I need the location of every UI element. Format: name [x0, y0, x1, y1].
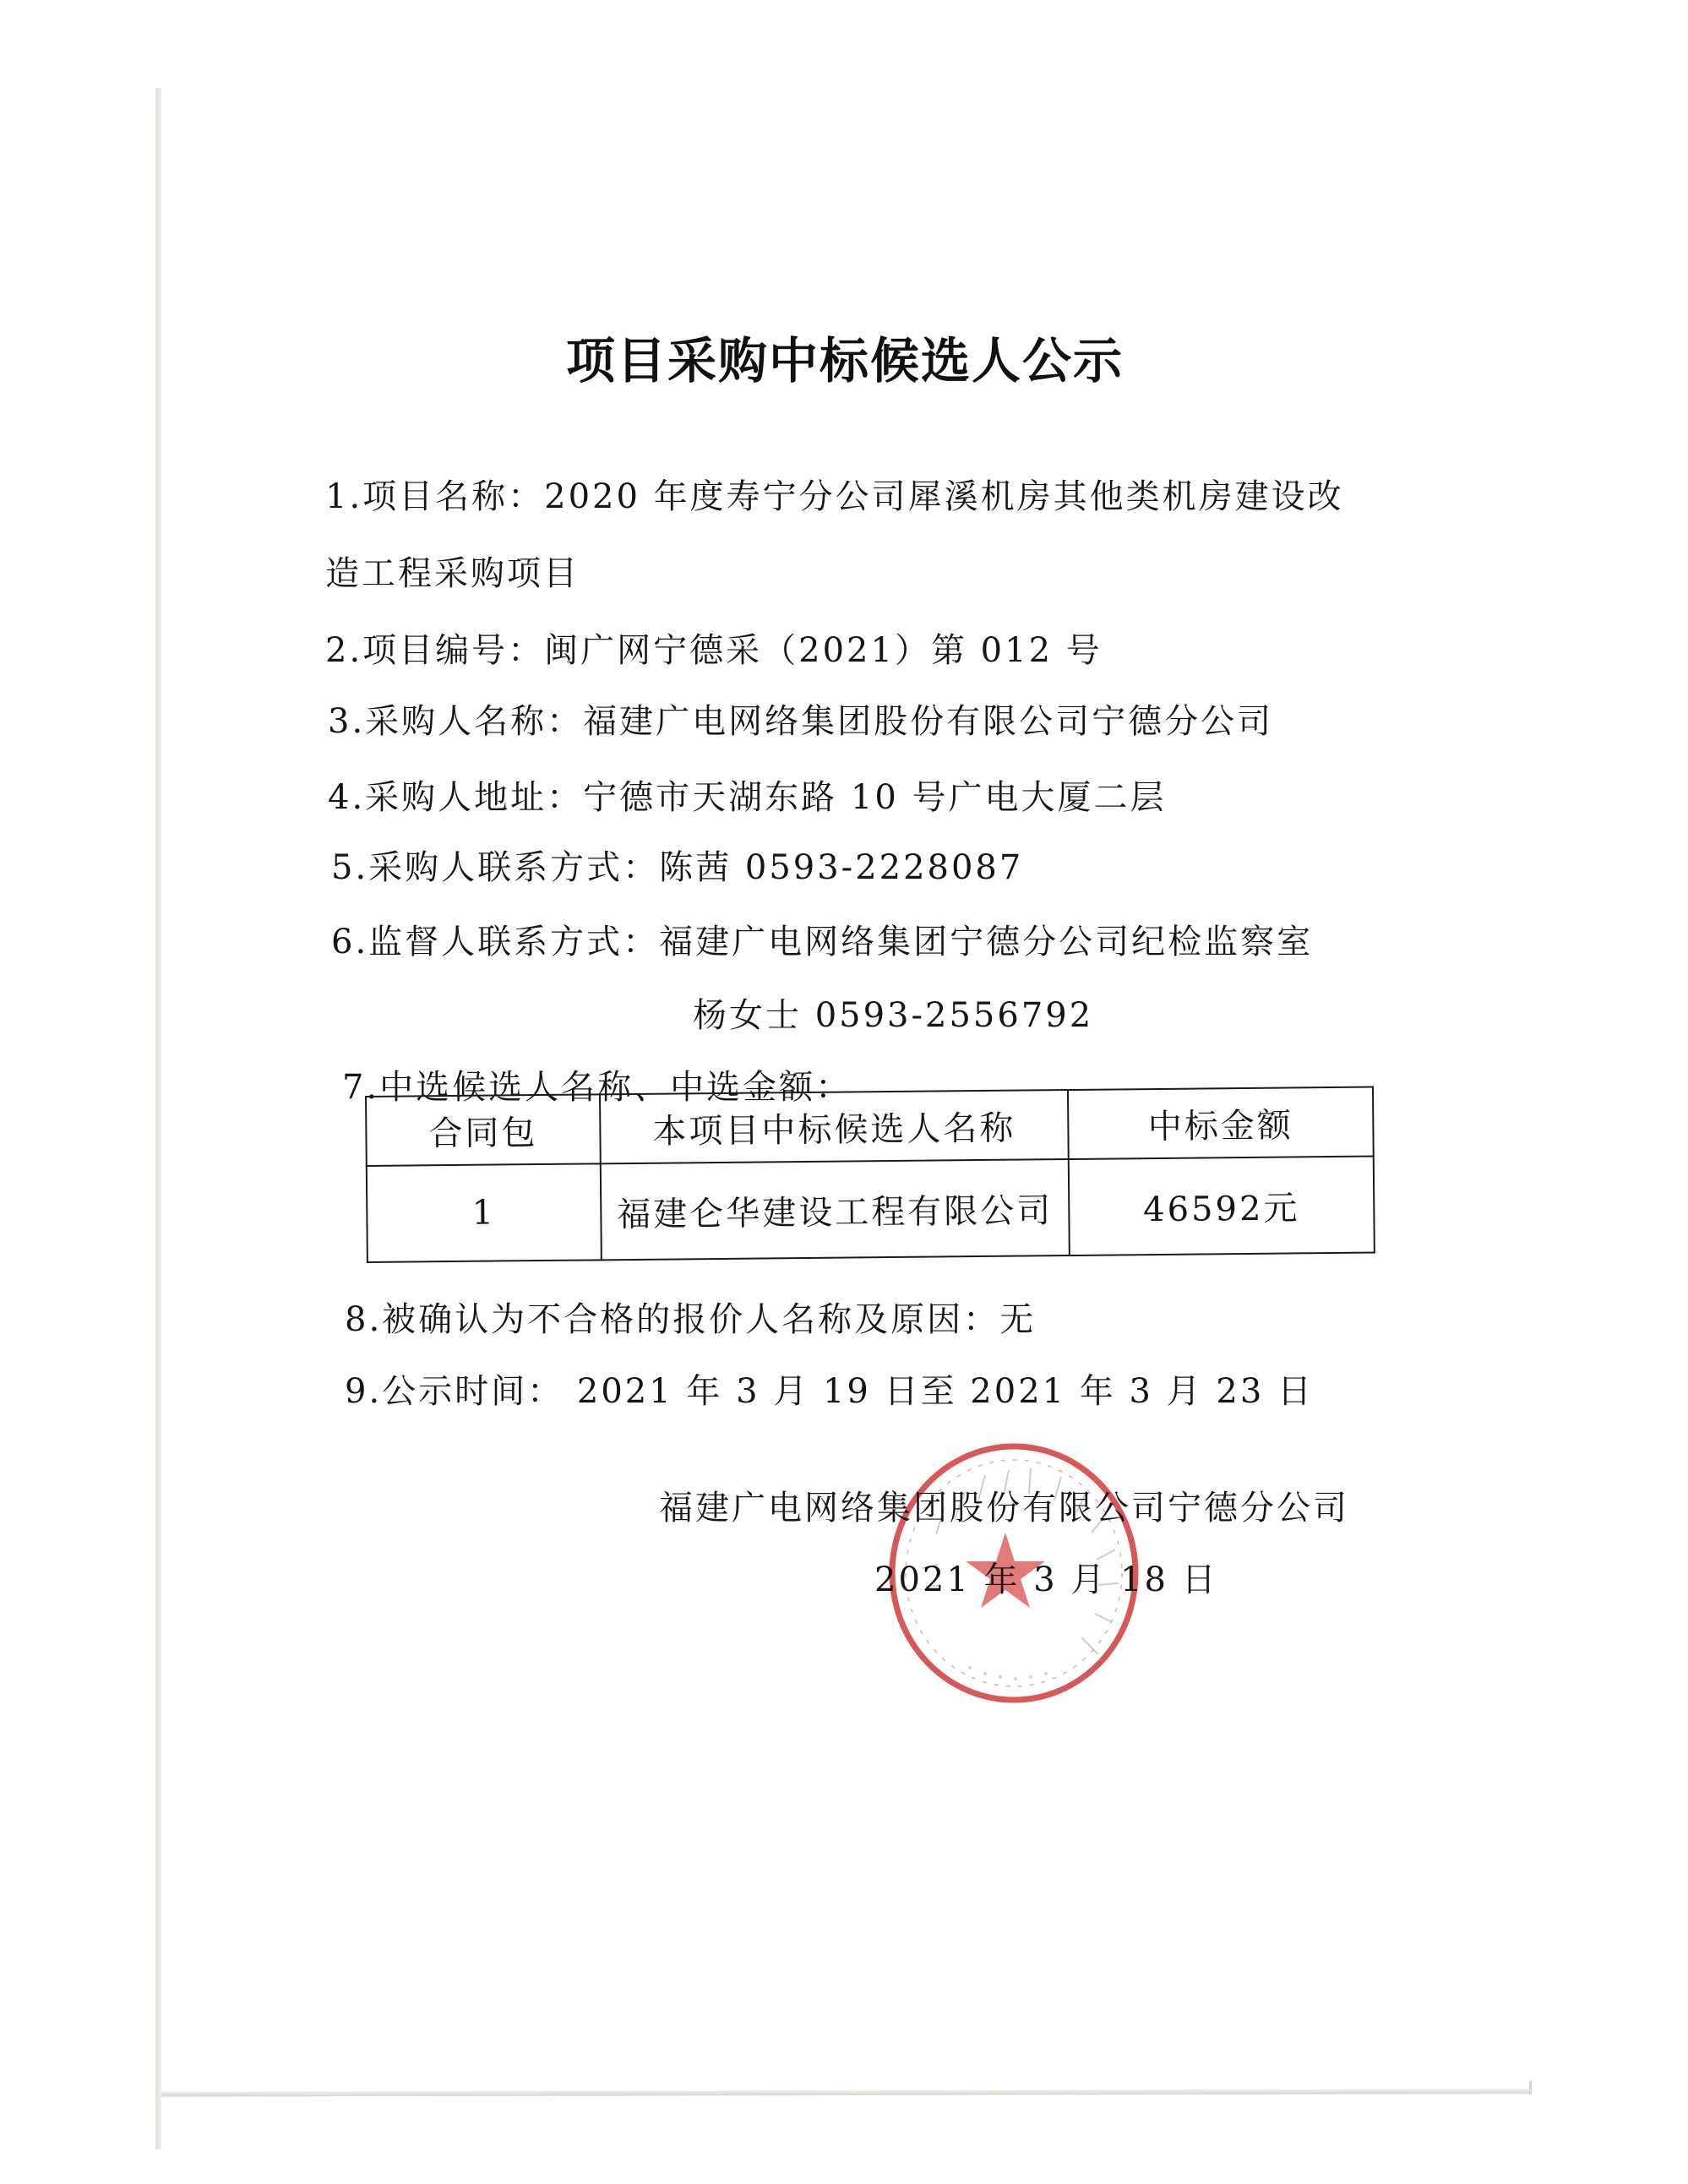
signature-organization: 福建广电网络集团股份有限公司宁德分公司 [659, 1481, 1349, 1529]
item-purchaser-contact: 5.采购人联系方式：陈茜 0593-2228087 [331, 841, 1023, 889]
item-purchaser-name: 3.采购人名称：福建广电网络集团股份有限公司宁德分公司 [328, 694, 1273, 743]
cell-candidate-name: 福建仑华建设工程有限公司 [601, 1159, 1070, 1260]
table-header-row: 合同包 本项目中标候选人名称 中标金额 [366, 1087, 1374, 1166]
item-project-name: 1.项目名称：2020 年度寿宁分公司犀溪机房其他类机房建设改 [325, 470, 1344, 518]
item-supervisor-contact: 6.监督人联系方式：福建广电网络集团宁德分公司纪检监察室 [331, 915, 1313, 963]
table-row: 1 福建仑华建设工程有限公司 46592元 [367, 1157, 1375, 1262]
header-package: 合同包 [366, 1094, 601, 1166]
item-supervisor-contact-cont: 杨女士 0593-2556792 [693, 989, 1093, 1037]
item-project-number: 2.项目编号：闽广网宁德采（2021）第 012 号 [325, 624, 1103, 672]
item-publicity-period: 9.公示时间： 2021 年 3 月 19 日至 2021 年 3 月 23 日 [345, 1364, 1314, 1413]
header-bid-amount: 中标金额 [1068, 1087, 1374, 1159]
paper-left-edge [155, 88, 161, 2149]
cell-bid-amount: 46592元 [1069, 1157, 1375, 1255]
document-title: 项目采购中标候选人公示 [507, 321, 1183, 392]
item-purchaser-address: 4.采购人地址：宁德市天湖东路 10 号广电大厦二层 [328, 771, 1167, 819]
candidate-table: 合同包 本项目中标候选人名称 中标金额 1 福建仑华建设工程有限公司 46592… [365, 1087, 1375, 1263]
header-candidate-name: 本项目中标候选人名称 [600, 1090, 1069, 1163]
paper-bottom-edge [161, 2089, 1532, 2096]
signature-date: 2021 年 3 月 18 日 [874, 1553, 1218, 1601]
item-disqualified: 8.被确认为不合格的报价人名称及原因：无 [345, 1293, 1036, 1341]
paper-corner-edge [1529, 2081, 1532, 2094]
item-project-name-cont: 造工程采购项目 [325, 547, 580, 595]
cell-package: 1 [367, 1163, 602, 1262]
